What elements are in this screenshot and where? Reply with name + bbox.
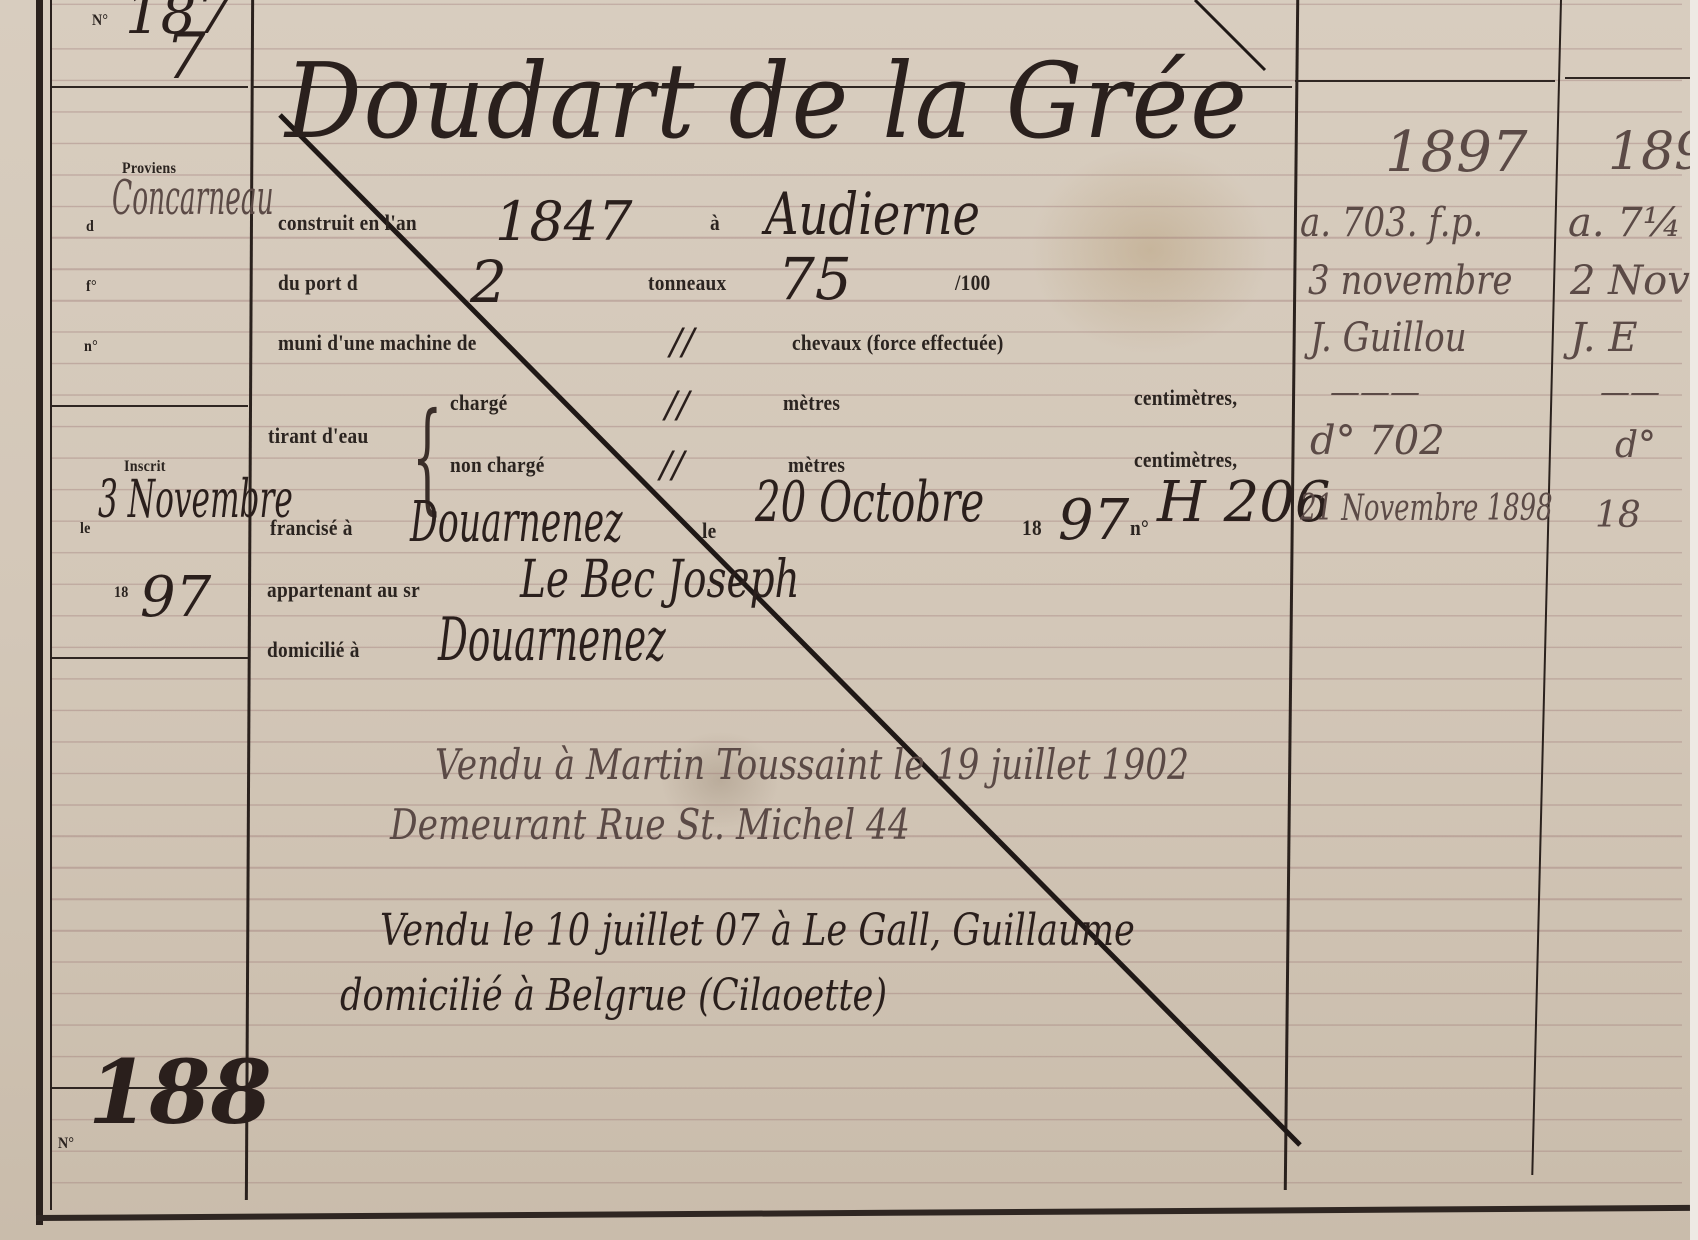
number-label: n°: [84, 338, 98, 356]
engine-value: //: [670, 322, 694, 363]
registered-at-value: Douarnenez: [410, 490, 623, 555]
proviens-value: Concarneau: [112, 170, 274, 226]
tonnage-fraction-label: /100: [955, 270, 990, 296]
sale-note-1-line-1: Vendu à Martin Toussaint le 19 juillet 1…: [435, 740, 1189, 789]
right1-line-1: a. 703. f.p.: [1300, 200, 1483, 246]
engine-label: muni d'une machine de: [278, 330, 477, 356]
registered-year-prefix: 18: [1022, 515, 1042, 541]
right1-line-2: 3 novembre: [1308, 258, 1513, 304]
photo-edge: [1690, 0, 1698, 1240]
entry-number-sub: 7: [165, 20, 206, 94]
bottom-number-value: 188: [88, 1040, 272, 1144]
left-rule-2: [52, 657, 248, 659]
port-label: du port d: [278, 270, 358, 296]
registered-date-label: le: [702, 518, 717, 544]
le-label: le: [80, 520, 91, 538]
right2-line-4: ——: [1600, 375, 1660, 410]
right2-line-2: 2 Nov: [1570, 258, 1690, 304]
right2-year: 189: [1608, 122, 1698, 182]
right2-line-3: J. E: [1570, 315, 1638, 361]
bottom-number-label: N°: [58, 1135, 74, 1153]
registry-page: N° 187 7 Proviens d Concarneau f° n° Ins…: [0, 0, 1690, 1240]
horsepower-label: chevaux (force effectuée): [792, 330, 1004, 356]
unloaded-label: non chargé: [450, 452, 545, 478]
right2-line-1: a. 7¼: [1568, 200, 1682, 246]
year-value: 97: [140, 565, 211, 630]
owner-value: Le Bec Joseph: [520, 550, 800, 610]
right1-line-6: 21 Novembre 1898: [1300, 488, 1553, 529]
built-place-value: Audierne: [765, 180, 980, 248]
registered-number-label: n°: [1130, 515, 1149, 541]
sale-note-2-line-2: domicilié à Belgrue (Cilaoette): [340, 970, 887, 1021]
registered-year-value: 97: [1058, 488, 1129, 553]
built-place-label: à: [710, 210, 720, 236]
outer-left-border: [36, 0, 43, 1225]
owner-label: appartenant au sr: [267, 577, 420, 603]
port-value: 2: [470, 248, 507, 316]
header-rule-right1: [1295, 80, 1555, 82]
built-year-label: construit en l'an: [278, 210, 417, 236]
tonnage-label: tonneaux: [648, 270, 726, 296]
right1-line-4: ———: [1330, 375, 1420, 410]
right1-line-5: d° 702: [1310, 418, 1445, 464]
inner-left-border: [50, 0, 52, 1210]
right2-line-6: 18: [1595, 495, 1641, 536]
d-label: d: [86, 218, 94, 236]
loaded-centimetres-label: centimètres,: [1134, 385, 1237, 411]
year-prefix: 18: [114, 584, 129, 602]
domicile-value: Douarnenez: [438, 605, 666, 675]
registered-at-label: francisé à: [270, 515, 353, 541]
tonnage-value: 75: [778, 245, 852, 313]
left-rule-1: [52, 405, 248, 407]
built-year-value: 1847: [495, 190, 632, 253]
right2-line-5: d°: [1615, 425, 1656, 466]
inscrit-date: 3 Novembre: [98, 470, 293, 530]
right1-year: 1897: [1385, 120, 1528, 185]
loaded-label: chargé: [450, 390, 508, 416]
right1-line-3: J. Guillou: [1310, 315, 1467, 361]
header-rule-right2: [1565, 77, 1690, 79]
unloaded-value: //: [660, 445, 684, 486]
folio-label: f°: [86, 278, 97, 296]
sale-note-1-line-2: Demeurant Rue St. Michel 44: [390, 800, 910, 849]
domicile-label: domicilié à: [267, 637, 360, 663]
loaded-value: //: [665, 385, 689, 426]
registered-date-value: 20 Octobre: [755, 470, 984, 535]
entry-number-label: N°: [92, 12, 108, 30]
loaded-metres-label: mètres: [783, 390, 840, 416]
header-rule-left: [52, 86, 248, 88]
draught-label: tirant d'eau: [268, 423, 369, 449]
ship-name: Doudart de la Grée: [285, 40, 1249, 162]
sale-note-2-line-1: Vendu le 10 juillet 07 à Le Gall, Guilla…: [380, 905, 1135, 956]
